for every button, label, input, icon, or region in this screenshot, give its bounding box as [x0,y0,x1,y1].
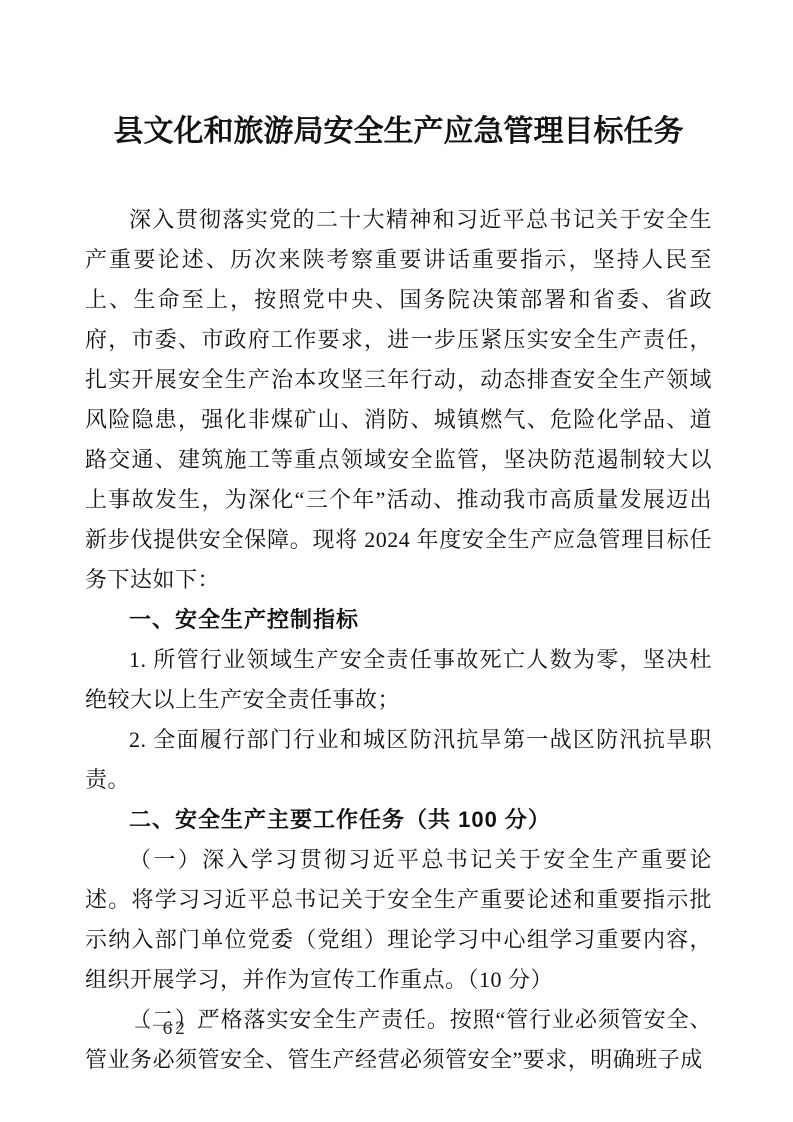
document-title: 县文化和旅游局安全生产应急管理目标任务 [85,110,712,154]
document-content: 县文化和旅游局安全生产应急管理目标任务 深入贯彻落实党的二十大精神和习近平总书记… [85,0,712,1080]
paragraph-indicator-2: 2. 全面履行部门行业和城区防汛抗旱第一战区防汛抗旱职责。 [85,720,712,800]
page-number: － 62 － [133,1016,218,1042]
paragraph-indicator-1: 1. 所管行业领域生产安全责任事故死亡人数为零，坚决杜绝较大以上生产安全责任事故… [85,640,712,720]
paragraph-intro: 深入贯彻落实党的二十大精神和习近平总书记关于安全生产重要论述、历次来陕考察重要讲… [85,200,712,600]
paragraph-task-1: （一）深入学习贯彻习近平总书记关于安全生产重要论述。将学习习近平总书记关于安全生… [85,840,712,1000]
document-page: 县文化和旅游局安全生产应急管理目标任务 深入贯彻落实党的二十大精神和习近平总书记… [0,0,793,1122]
heading-section-2: 二、安全生产主要工作任务（共 100 分） [85,800,712,840]
heading-section-1: 一、安全生产控制指标 [85,600,712,640]
